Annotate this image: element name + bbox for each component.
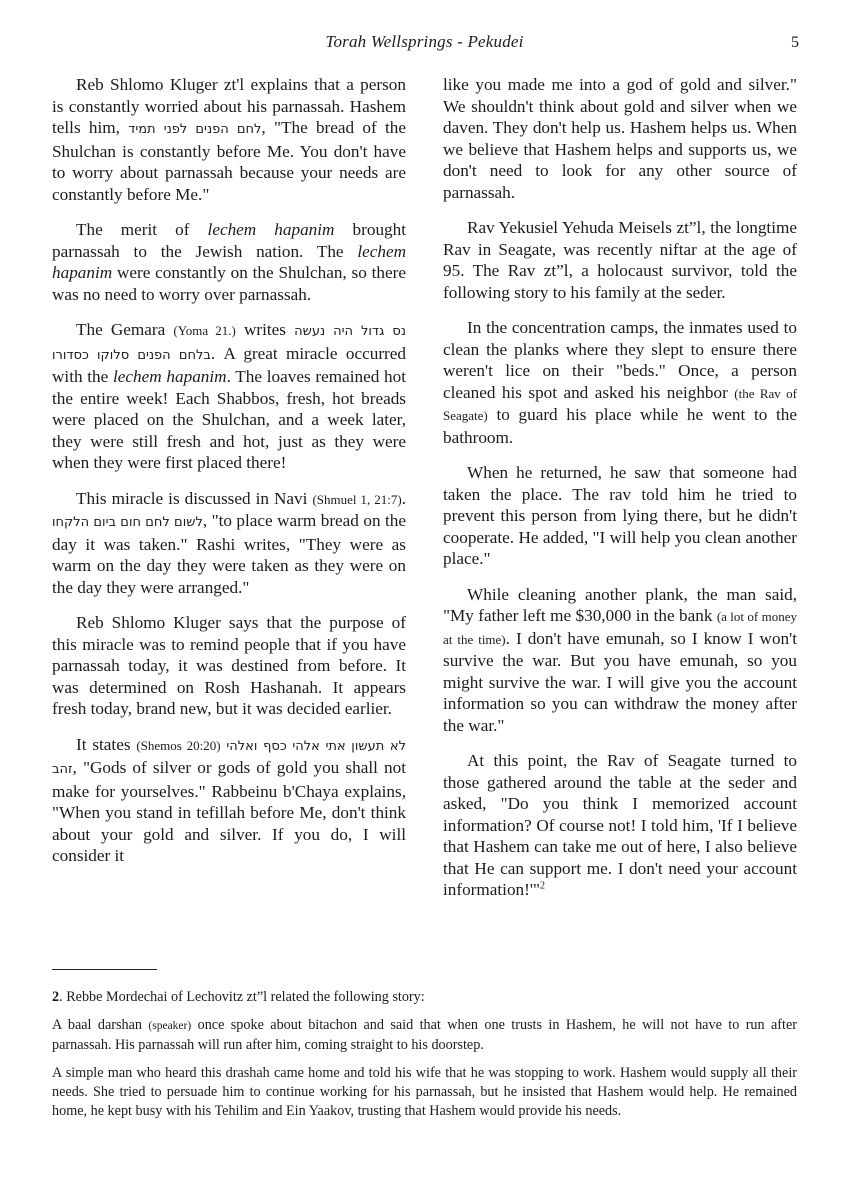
- text: At this point, the Rav of Seagate turned…: [443, 751, 797, 899]
- paragraph-purpose-of-miracle: Reb Shlomo Kluger says that the purpose …: [52, 612, 406, 720]
- text: It states: [76, 735, 136, 754]
- text: The merit of: [76, 220, 208, 239]
- text: A baal darshan: [52, 1017, 148, 1033]
- paragraph-continued-gold-silver: like you made me into a god of gold and …: [443, 74, 797, 203]
- parenthetical-aside: (speaker): [148, 1020, 191, 1032]
- footnote-baal-darshan: A baal darshan (speaker) once spoke abou…: [52, 1016, 797, 1055]
- paragraph-rav-meisels: Rav Yekusiel Yehuda Meisels zt”l, the lo…: [443, 217, 797, 303]
- source-citation: (Shmuel 1, 21:7): [312, 492, 401, 507]
- paragraph-merit-lechem-hapanim: The merit of lechem hapanim brought parn…: [52, 219, 406, 305]
- right-column: like you made me into a god of gold and …: [443, 74, 797, 915]
- footnote-separator: [52, 969, 157, 970]
- text: This miracle is discussed in Navi: [76, 489, 312, 508]
- source-citation: (Yoma 21.): [173, 323, 235, 338]
- paragraph-concentration-camps: In the concentration camps, the inmates …: [443, 317, 797, 448]
- page-number: 5: [791, 34, 799, 52]
- footnote-2-intro: 2. Rebbe Mordechai of Lechovitz zt”l rel…: [52, 988, 797, 1007]
- footnote-simple-man: A simple man who heard this drashah came…: [52, 1064, 797, 1121]
- source-citation: (Shemos 20:20): [136, 738, 220, 753]
- text: writes: [236, 320, 294, 339]
- running-header: Torah Wellsprings - Pekudei 5: [0, 30, 849, 56]
- paragraph-navi-discussion: This miracle is discussed in Navi (Shmue…: [52, 488, 406, 599]
- hebrew-quote: לחם הפנים לפני תמיד: [128, 122, 261, 137]
- italic-term: lechem hapanim: [113, 367, 227, 386]
- text: , "Gods of silver or gods of gold you sh…: [52, 758, 406, 865]
- footnote-reference[interactable]: 2: [540, 880, 545, 891]
- paragraph-another-plank: While cleaning another plank, the man sa…: [443, 584, 797, 737]
- paragraph-it-states: It states (Shemos 20:20) לא תעשון אתי אל…: [52, 734, 406, 867]
- text: to guard his place while he went to the …: [443, 405, 797, 447]
- paragraph-gemara-miracle: The Gemara (Yoma 21.) writes נס גדול היה…: [52, 319, 406, 474]
- text: . Rebbe Mordechai of Lechovitz zt”l rela…: [59, 989, 425, 1005]
- paragraph-when-he-returned: When he returned, he saw that someone ha…: [443, 462, 797, 570]
- paragraph-at-this-point: At this point, the Rav of Seagate turned…: [443, 750, 797, 901]
- text: The Gemara: [76, 320, 173, 339]
- footnotes-section: 2. Rebbe Mordechai of Lechovitz zt”l rel…: [52, 988, 797, 1130]
- left-column: Reb Shlomo Kluger zt'l explains that a p…: [52, 74, 406, 881]
- hebrew-quote: לשום לחם חום ביום הלקחו: [52, 515, 203, 530]
- italic-term: lechem hapanim: [208, 220, 335, 239]
- paragraph-kluger-explains: Reb Shlomo Kluger zt'l explains that a p…: [52, 74, 406, 205]
- text: .: [402, 489, 406, 508]
- running-header-title: Torah Wellsprings - Pekudei: [0, 32, 849, 52]
